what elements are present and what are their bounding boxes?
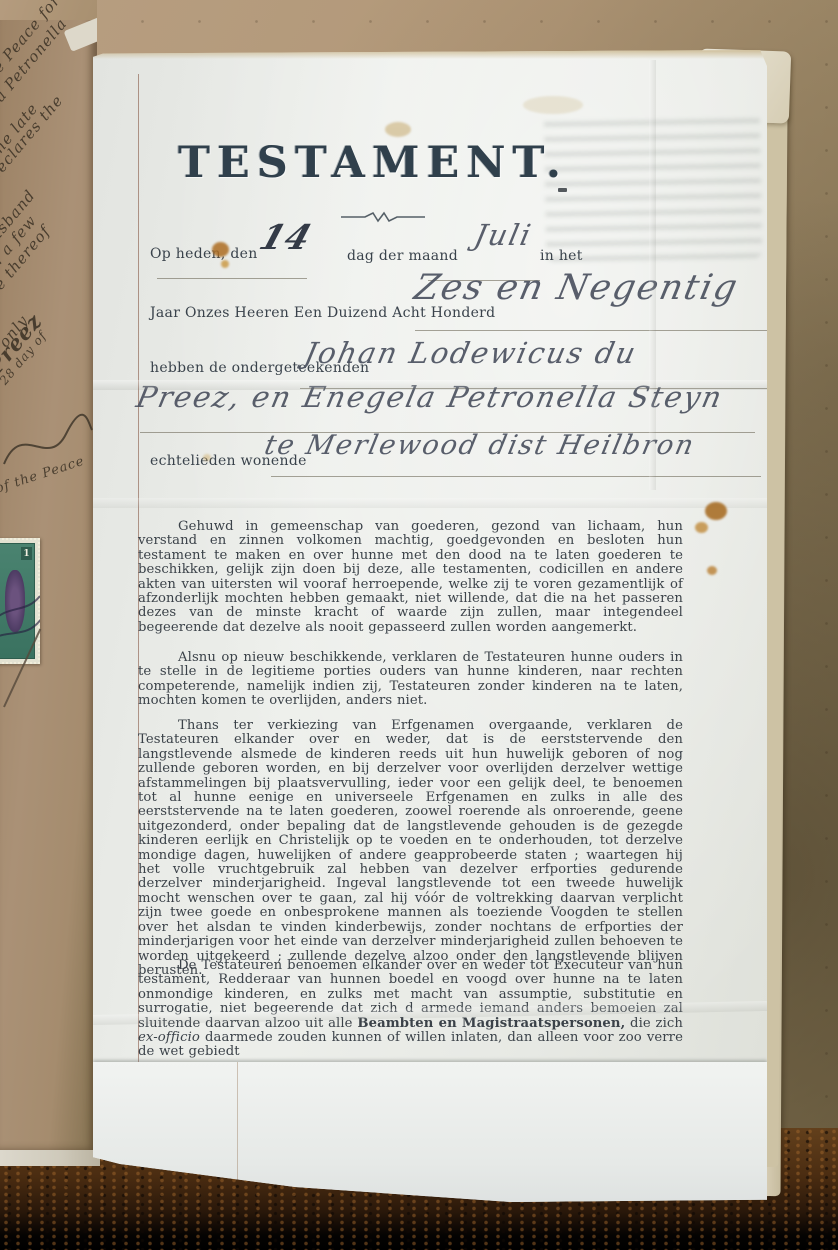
fold-crease: [93, 498, 767, 508]
paragraph-4-text: daarmede zouden kunnen of willen inlaten…: [138, 1030, 683, 1059]
ink-mark: [558, 188, 567, 192]
stain: [203, 454, 211, 461]
handwritten-year: Zes en Negentig: [411, 268, 743, 308]
form-label-in-het: in het: [540, 248, 583, 264]
paragraph-4-italic: ex-officio: [138, 1030, 200, 1045]
stain: [523, 96, 583, 114]
paragraph-2: Alsnu op nieuw beschikkende, verklaren d…: [138, 651, 683, 709]
folded-cover-page: of the Peace for Engela Petronella of th…: [0, 0, 97, 1150]
form-label-op-heden: Op heden, den: [150, 246, 258, 262]
photo-scene: of the Peace for Engela Petronella of th…: [0, 0, 838, 1250]
stain: [212, 242, 229, 257]
handwritten-names-1: Johan Lodewicus du: [301, 336, 640, 370]
paragraph-4-text: die zich: [625, 1016, 683, 1031]
stain: [707, 566, 717, 575]
handwritten-residence: te Merlewood dist Heilbron: [262, 430, 698, 461]
form-label-dag-der-maand: dag der maand: [347, 248, 458, 264]
stain: [695, 522, 708, 533]
revenue-stamp: 1: [0, 538, 40, 664]
document-title: TESTAMENT.: [93, 138, 653, 188]
paragraph-3: Thans ter verkiezing van Erfgenamen over…: [138, 719, 683, 978]
underline-rule: [271, 476, 761, 477]
underline-rule: [157, 278, 307, 279]
ornamental-divider-icon: [341, 210, 425, 224]
handwritten-month: Juli: [471, 218, 535, 252]
stain: [385, 122, 411, 137]
underline-rule: [415, 330, 767, 331]
testament-page: TESTAMENT. Op heden, den 14 dag der maan…: [93, 50, 767, 1202]
stain: [705, 502, 727, 520]
stain: [221, 260, 229, 268]
handwritten-day: 14: [255, 218, 317, 258]
stamp-frame: 1: [0, 543, 35, 659]
fold-crease: [93, 380, 767, 390]
paragraph-1: Gehuwd in gemeenschap van goederen, gezo…: [138, 520, 683, 635]
fold-crease-vertical: [649, 60, 656, 490]
